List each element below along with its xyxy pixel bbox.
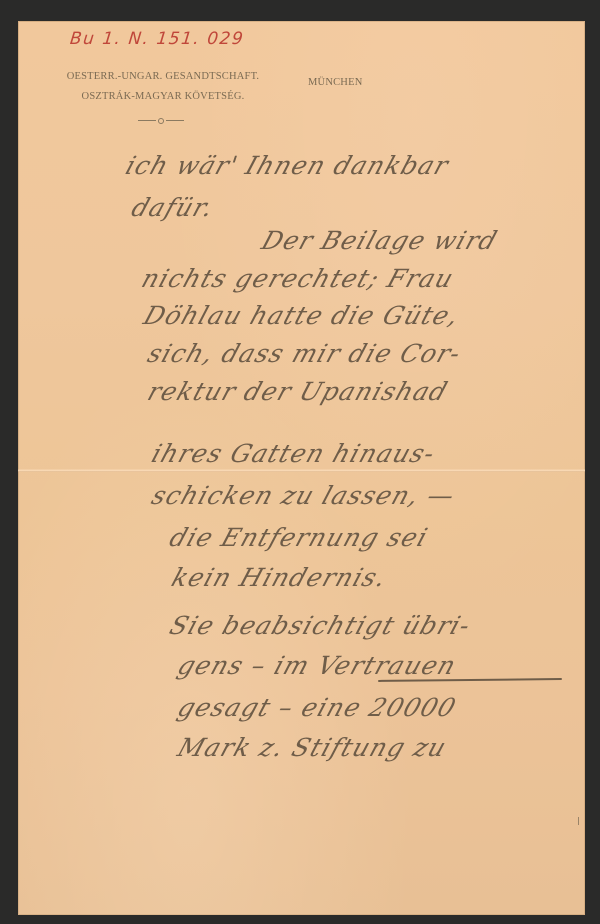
body-line: die Entfernung sei [166,523,432,552]
body-line: dafür. [128,193,218,222]
paper-edge-mark [578,817,583,825]
body-line: kein Hindernis. [168,563,391,592]
archive-signature: Bu 1. N. 151. 029 [69,29,245,49]
body-line-underlined: gens – im Vertrauen [174,651,460,680]
body-line: rektur der Upanishad [144,377,452,406]
body-line: sich, dass mir die Cor- [144,339,465,368]
letterhead-city: MÜNCHEN [308,77,363,88]
scan-frame: Bu 1. N. 151. 029 OESTERR.-UNGAR. GESAND… [0,0,600,924]
letterhead-ornament-icon [138,118,184,124]
letter-page: Bu 1. N. 151. 029 OESTERR.-UNGAR. GESAND… [18,21,585,915]
body-line: Der Beilage wird [258,226,502,255]
body-line: ich wär' Ihnen dankbar [122,151,453,180]
letterhead-line-german: OESTERR.-UNGAR. GESANDTSCHAFT. [38,67,288,87]
body-line: Döhlau hatte die Güte, [140,301,463,330]
letterhead-line-hungarian: OSZTRÁK-MAGYAR KÖVETSÉG. [38,87,288,107]
body-line: schicken zu lassen, — [148,481,459,510]
body-line: Mark z. Stiftung zu [174,733,451,762]
body-line: nichts gerechtet; Frau [138,264,458,293]
letterhead: OESTERR.-UNGAR. GESANDTSCHAFT. OSZTRÁK-M… [38,67,288,107]
body-line: ihres Gatten hinaus- [148,439,439,468]
paper-fold-line [18,469,585,472]
body-line: gesagt – eine 20000 [174,693,460,722]
body-line: Sie beabsichtigt übri- [166,611,475,640]
